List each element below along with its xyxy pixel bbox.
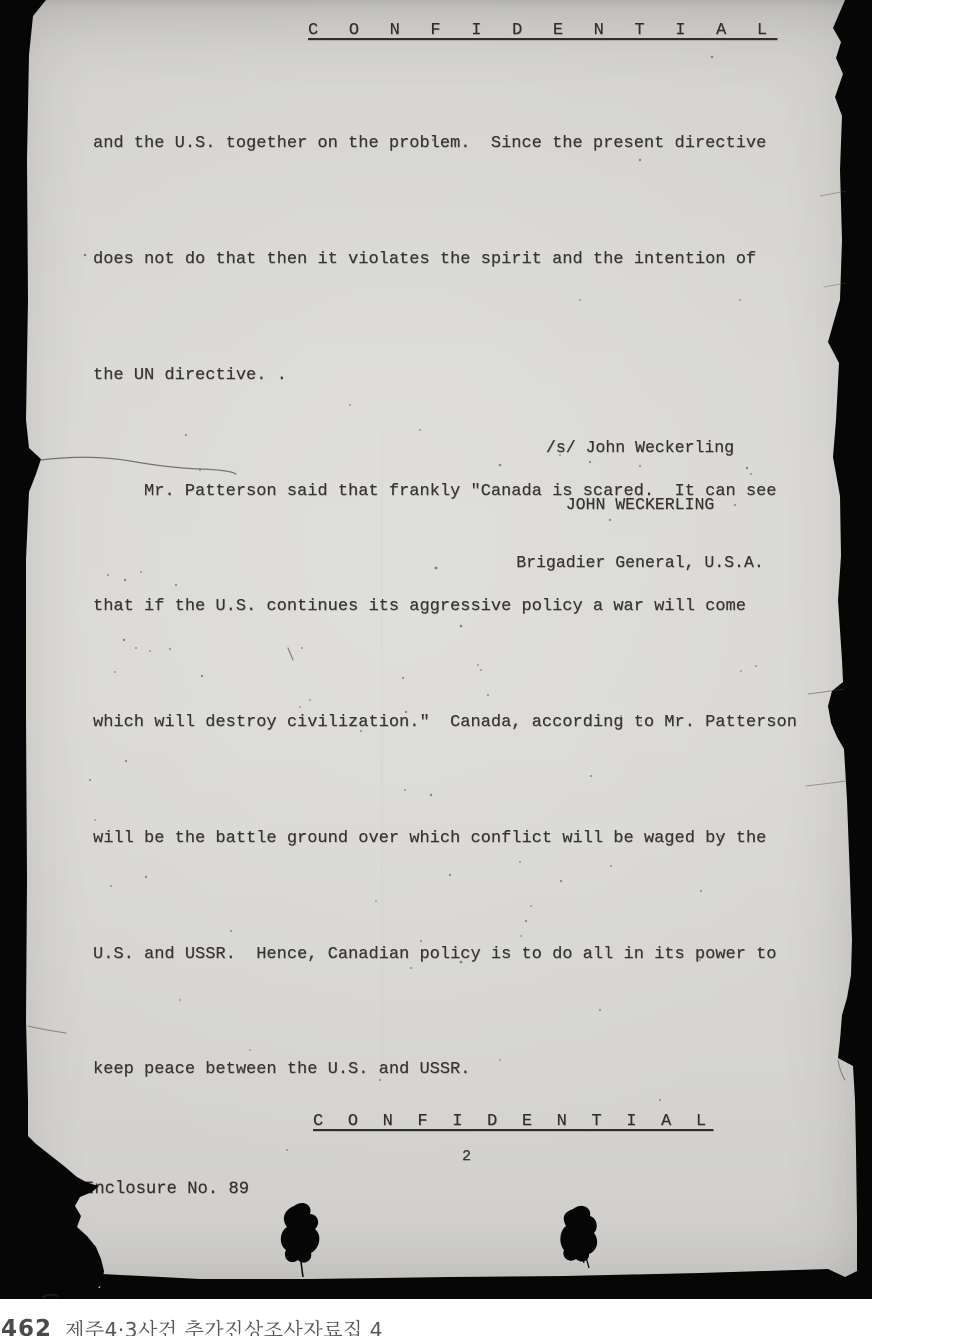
signature-title-line: Brigadier General, U.S.A. [510,553,770,572]
book-footer: 462 제주4·3사건 추가진상조사자료집 4 [1,1318,383,1336]
classification-header: C O N F I D E N T I A L [308,21,777,40]
body-line: will be the battle ground over which con… [93,820,813,859]
inclosure-label: Inclosure No. 89 [84,1180,249,1199]
body-line: keep peace between the U.S. and USSR. [93,1051,813,1090]
book-page-number: 462 [1,1318,52,1336]
body-line: U.S. and USSR. Hence, Canadian policy is… [93,936,813,975]
body-line: and the U.S. together on the problem. Si… [93,125,813,164]
scanned-document-page: C O N F I D E N T I A L and the U.S. tog… [0,0,872,1299]
page-number: 2 [462,1148,471,1165]
typewritten-text-layer: C O N F I D E N T I A L and the U.S. tog… [0,0,872,1299]
body-line: the UN directive. . [93,357,813,396]
signature-signed-line: /s/ John Weckerling [510,438,770,457]
body-line: does not do that then it violates the sp… [93,241,813,280]
body-line: which will destroy civilization." Canada… [93,704,813,743]
signature-name-line: JOHN WECKERLING [510,495,770,514]
book-title: 제주4·3사건 추가진상조사자료집 4 [65,1318,383,1336]
book-page-photo: { "page": { "classification_header": "C … [0,0,976,1336]
signature-block: /s/ John Weckerling JOHN WECKERLING Brig… [510,399,770,611]
classification-footer: C O N F I D E N T I A L [313,1112,713,1131]
